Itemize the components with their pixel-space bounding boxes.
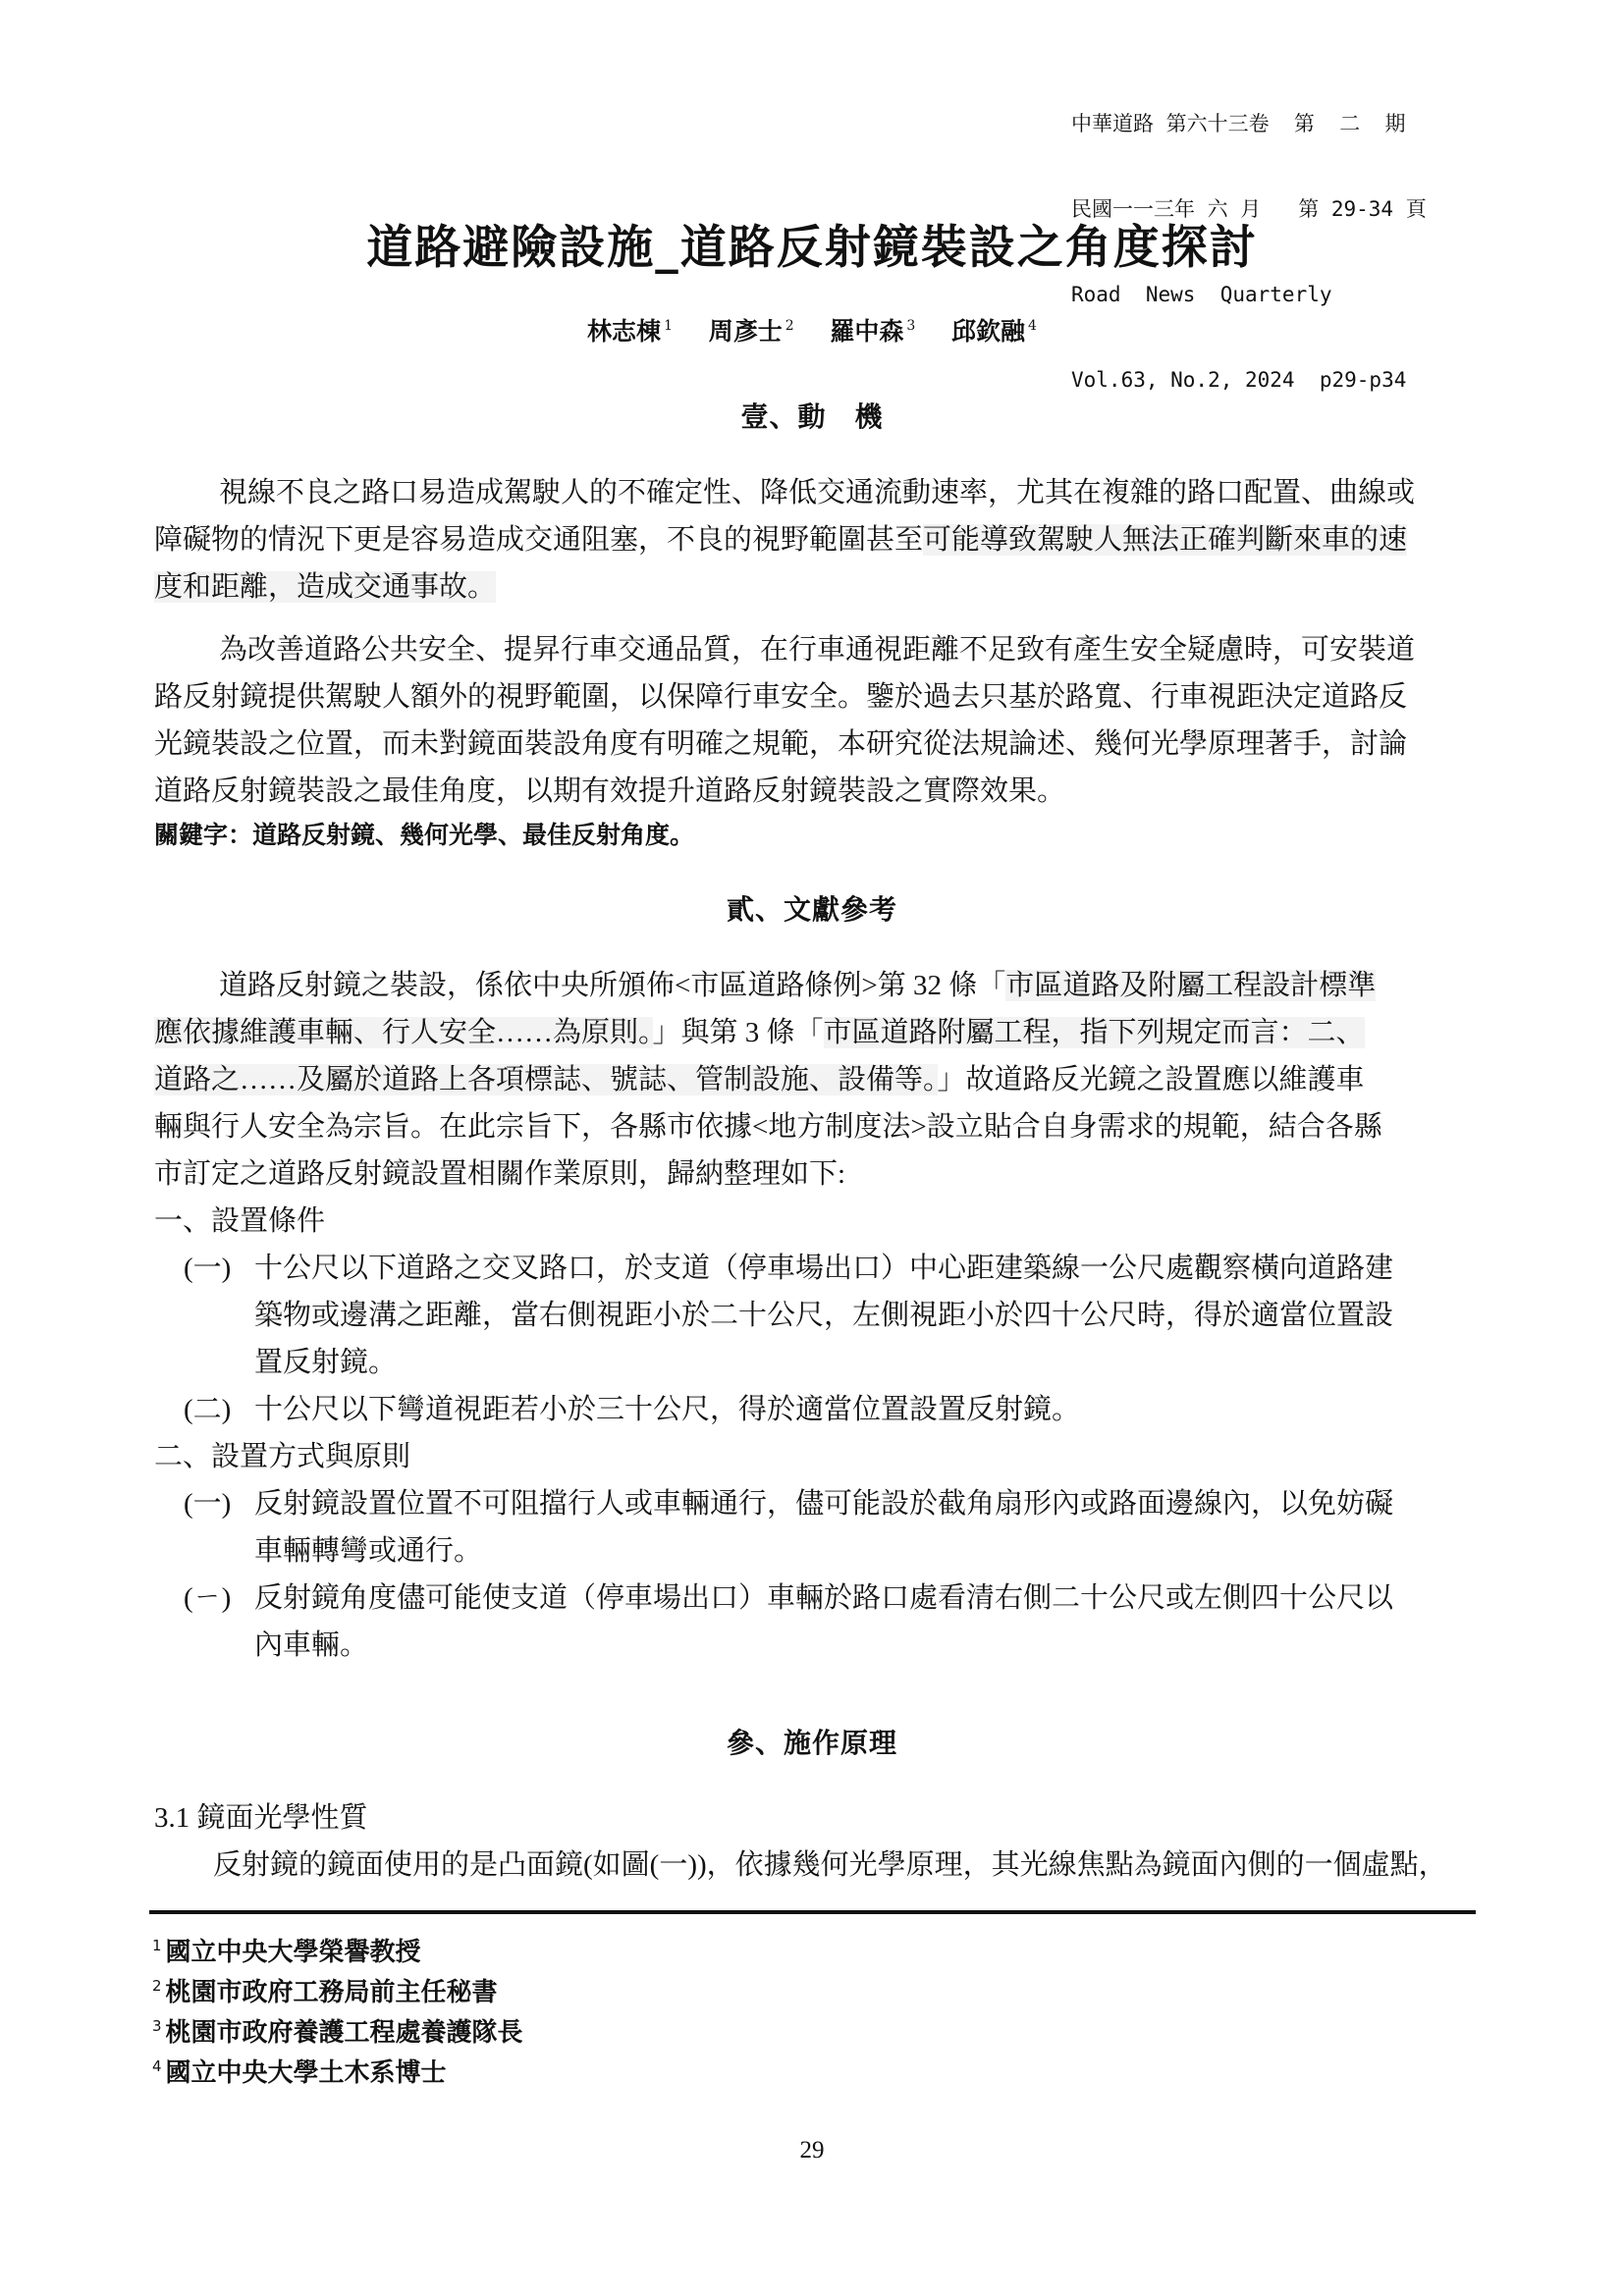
keywords: 關鍵字：道路反射鏡、幾何光學、最佳反射角度。 (154, 816, 694, 851)
footnote: 2桃園市政府工務局前主任秘書 (152, 1969, 523, 2009)
footnotes: 1國立中央大學榮譽教授 2桃園市政府工務局前主任秘書 3桃園市政府養護工程處養護… (152, 1929, 523, 2090)
highlighted-text: 市區道路及附屬工程設計標準 (1005, 970, 1376, 1001)
list-group-title: 一、設置條件 (154, 1198, 1480, 1245)
document-page: 中華道路 第六十三卷 第 二 期 民國一一三年 六 月 第 29-34 頁 Ro… (0, 0, 1624, 2296)
footnote-divider (149, 1910, 1476, 1914)
section-heading-principle: 參、施作原理 (0, 1722, 1624, 1761)
author: 羅中森3 (830, 317, 915, 346)
list-item: (二)十公尺以下彎道視距若小於三十公尺，得於適當位置設置反射鏡。 (154, 1386, 1480, 1433)
journal-header-line: 中華道路 第六十三卷 第 二 期 (1071, 110, 1427, 138)
list-group-title: 二、設置方式與原則 (154, 1433, 1480, 1480)
section-heading-literature: 貳、文獻參考 (0, 888, 1624, 928)
motivation-paragraph-2: 為改善道路公共安全、提昇行車交通品質，在行車通視距離不足致有產生安全疑慮時，可安… (154, 626, 1480, 815)
list-item: (ㄧ)反射鏡角度儘可能使支道（停車場出口）車輛於路口處看清右側二十公尺或左側四十… (154, 1575, 1480, 1622)
highlighted-text: 應依據維護車輛、行人安全……為原則。 (154, 1017, 653, 1048)
list-marker: (ㄧ) (184, 1575, 254, 1622)
footnote: 1國立中央大學榮譽教授 (152, 1929, 523, 1969)
highlighted-text: 道路之……及屬於道路上各項標誌、號誌、管制設施、設備等。 (154, 1064, 938, 1095)
highlighted-text: 可能導致駕駛人無法正確判斷來車的速 (923, 524, 1407, 556)
principle-content: 3.1 鏡面光學性質 反射鏡的鏡面使用的是凸面鏡(如圖(一))，依據幾何光學原理… (154, 1794, 1480, 1889)
list-marker: (二) (184, 1386, 254, 1433)
page-number: 29 (0, 2137, 1624, 2164)
footnote: 3桃園市政府養護工程處養護隊長 (152, 2009, 523, 2050)
list-marker: (一) (184, 1245, 254, 1292)
list-marker: (一) (184, 1480, 254, 1527)
motivation-paragraph-1: 視線不良之路口易造成駕駛人的不確定性、降低交通流動速率，尤其在複雜的路口配置、曲… (154, 469, 1480, 611)
author: 邱欽融4 (951, 317, 1037, 346)
journal-header-line: Vol.63, No.2, 2024 p29-p34 (1071, 366, 1427, 395)
highlighted-text: 市區道路附屬工程，指下列規定而言：二、 (824, 1017, 1365, 1048)
footnote: 4國立中央大學土木系博士 (152, 2050, 523, 2090)
setting-rules-list: 一、設置條件 (一)十公尺以下道路之交叉路口，於支道（停車場出口）中心距建築線一… (154, 1198, 1480, 1669)
author: 周彥士2 (709, 317, 794, 346)
journal-header-line: Road News Quarterly (1071, 281, 1427, 309)
author-list: 林志棟1 周彥士2 羅中森3 邱欽融4 (0, 312, 1624, 347)
paper-title: 道路避險設施_道路反射鏡裝設之角度探討 (0, 211, 1624, 277)
author-affiliation-mark: 4 (1028, 318, 1037, 334)
highlighted-text: 度和距離，造成交通事故。 (154, 571, 496, 603)
author-affiliation-mark: 3 (906, 318, 915, 334)
subsection-heading: 3.1 鏡面光學性質 (154, 1794, 1480, 1842)
literature-paragraph: 道路反射鏡之裝設，係依中央所頒佈<市區道路條例>第 32 條「市區道路及附屬工程… (154, 962, 1480, 1198)
list-item: (一)反射鏡設置位置不可阻擋行人或車輛通行，儘可能設於截角扇形內或路面邊線內，以… (154, 1480, 1480, 1527)
list-item: (一)十公尺以下道路之交叉路口，於支道（停車場出口）中心距建築線一公尺處觀察橫向… (154, 1245, 1480, 1292)
author: 林志棟1 (587, 317, 673, 346)
section-heading-motivation: 壹、動 機 (0, 396, 1624, 435)
author-affiliation-mark: 2 (785, 318, 794, 334)
author-affiliation-mark: 1 (664, 318, 673, 334)
